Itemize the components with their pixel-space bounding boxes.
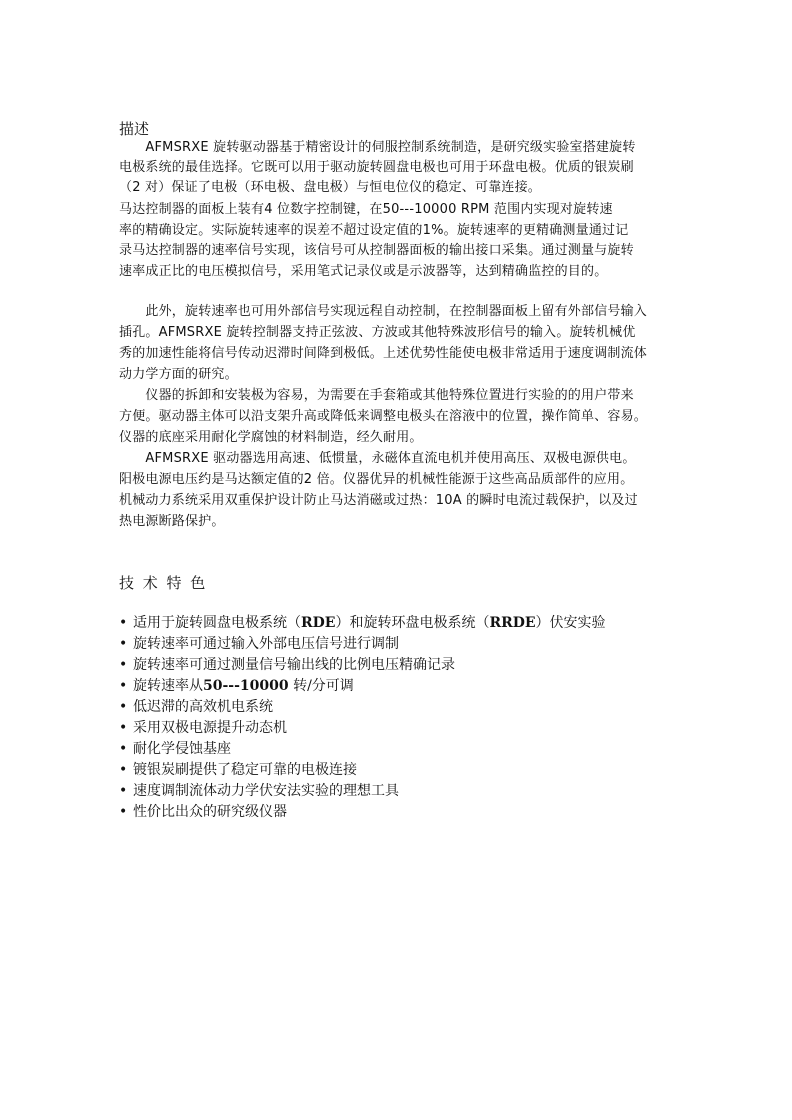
- paragraph-line: 此外，旋转速率也可用外部信号实现远程自动控制，在控制器面板上留有外部信号输入: [119, 304, 647, 320]
- feature-text: 耐化学侵蚀基座: [133, 741, 231, 757]
- paragraph-line: 阳极电源电压约是马达额定值的2 倍。仪器优异的机械性能源于这些高品质部件的应用。: [119, 472, 633, 488]
- feature-text: 低迟滞的高效机电系统: [133, 699, 273, 715]
- feature-emphasis: RRDE: [489, 615, 535, 631]
- feature-item: •镀银炭刷提供了稳定可靠的电极连接: [119, 761, 357, 779]
- feature-text: ）伏安实验: [536, 615, 606, 631]
- paragraph-line: 仪器的拆卸和安装极为容易，为需要在手套箱或其他特殊位置进行实验的的用户带来: [119, 388, 634, 404]
- paragraph-line: 动力学方面的研究。: [119, 367, 238, 383]
- feature-item: •旋转速率可通过测量信号输出线的比例电压精确记录: [119, 656, 455, 674]
- feature-item: •耐化学侵蚀基座: [119, 740, 231, 758]
- feature-text: 速度调制流体动力学伏安法实验的理想工具: [133, 783, 399, 799]
- feature-item: •适用于旋转圆盘电极系统（RDE）和旋转环盘电极系统（RRDE）伏安实验: [119, 614, 606, 632]
- bullet-icon: •: [119, 656, 133, 674]
- paragraph-line: 秀的加速性能将信号传动迟滞时间降到极低。上述优势性能使电极非常适用于速度调制流体: [119, 346, 647, 362]
- feature-emphasis: 50---10000: [203, 678, 289, 694]
- feature-text: 性价比出众的研究级仪器: [133, 804, 287, 820]
- paragraph-line: 仪器的底座采用耐化学腐蚀的材料制造，经久耐用。: [119, 430, 423, 446]
- description-heading: 描述: [119, 120, 149, 138]
- feature-item: •低迟滞的高效机电系统: [119, 698, 273, 716]
- paragraph-line: AFMSRXE 旋转驱动器基于精密设计的伺服控制系统制造，是研究级实验室搭建旋转: [119, 140, 636, 156]
- feature-text: 适用于旋转圆盘电极系统（: [133, 615, 301, 631]
- bullet-icon: •: [119, 614, 133, 632]
- bullet-icon: •: [119, 635, 133, 653]
- feature-text: 旋转速率可通过测量信号输出线的比例电压精确记录: [133, 657, 455, 673]
- feature-text: ）和旋转环盘电极系统（: [335, 615, 489, 631]
- feature-item: •旋转速率可通过输入外部电压信号进行调制: [119, 635, 399, 653]
- paragraph-line: 插孔。AFMSRXE 旋转控制器支持正弦波、方波或其他特殊波形信号的输入。旋转机…: [119, 325, 636, 341]
- paragraph-line: （2 对）保证了电极（环电极、盘电极）与恒电位仪的稳定、可靠连接。: [119, 180, 541, 196]
- paragraph-line: 录马达控制器的速率信号实现，该信号可从控制器面板的输出接口采集。通过测量与旋转: [119, 243, 634, 259]
- feature-item: •性价比出众的研究级仪器: [119, 803, 287, 821]
- paragraph-line: 电极系统的最佳选择。它既可以用于驱动旋转圆盘电极也可用于环盘电极。优质的银炭刷: [119, 160, 634, 176]
- feature-text: 旋转速率可通过输入外部电压信号进行调制: [133, 636, 399, 652]
- paragraph-line: 机械动力系统采用双重保护设计防止马达消磁或过热：10A 的瞬时电流过载保护，以及…: [119, 493, 638, 509]
- paragraph-line: 方便。驱动器主体可以沿支架升高或降低来调整电极头在溶液中的位置，操作简单、容易。: [119, 409, 647, 425]
- bullet-icon: •: [119, 719, 133, 737]
- feature-text: 转/分可调: [289, 678, 354, 694]
- paragraph-line: AFMSRXE 驱动器选用高速、低惯量，永磁体直流电机并使用高压、双极电源供电。: [119, 451, 636, 467]
- paragraph-line: 率的精确设定。实际旋转速率的误差不超过设定值的1%。旋转速率的更精确测量通过记: [119, 223, 628, 239]
- feature-text: 旋转速率从: [133, 678, 203, 694]
- feature-item: •采用双极电源提升动态机: [119, 719, 287, 737]
- bullet-icon: •: [119, 761, 133, 779]
- feature-item: •旋转速率从50---10000 转/分可调: [119, 677, 354, 695]
- bullet-icon: •: [119, 782, 133, 800]
- paragraph-line: 热电源断路保护。: [119, 514, 225, 530]
- features-heading: 技 术 特 色: [119, 574, 207, 592]
- bullet-icon: •: [119, 677, 133, 695]
- bullet-icon: •: [119, 740, 133, 758]
- feature-text: 镀银炭刷提供了稳定可靠的电极连接: [133, 762, 357, 778]
- paragraph-line: 速率成正比的电压模拟信号，采用笔式记录仪或是示波器等，达到精确监控的目的。: [119, 264, 607, 280]
- feature-item: •速度调制流体动力学伏安法实验的理想工具: [119, 782, 399, 800]
- paragraph-line: 马达控制器的面板上装有4 位数字控制键，在50---10000 RPM 范围内实…: [119, 202, 613, 218]
- feature-text: 采用双极电源提升动态机: [133, 720, 287, 736]
- bullet-icon: •: [119, 803, 133, 821]
- bullet-icon: •: [119, 698, 133, 716]
- feature-emphasis: RDE: [301, 615, 335, 631]
